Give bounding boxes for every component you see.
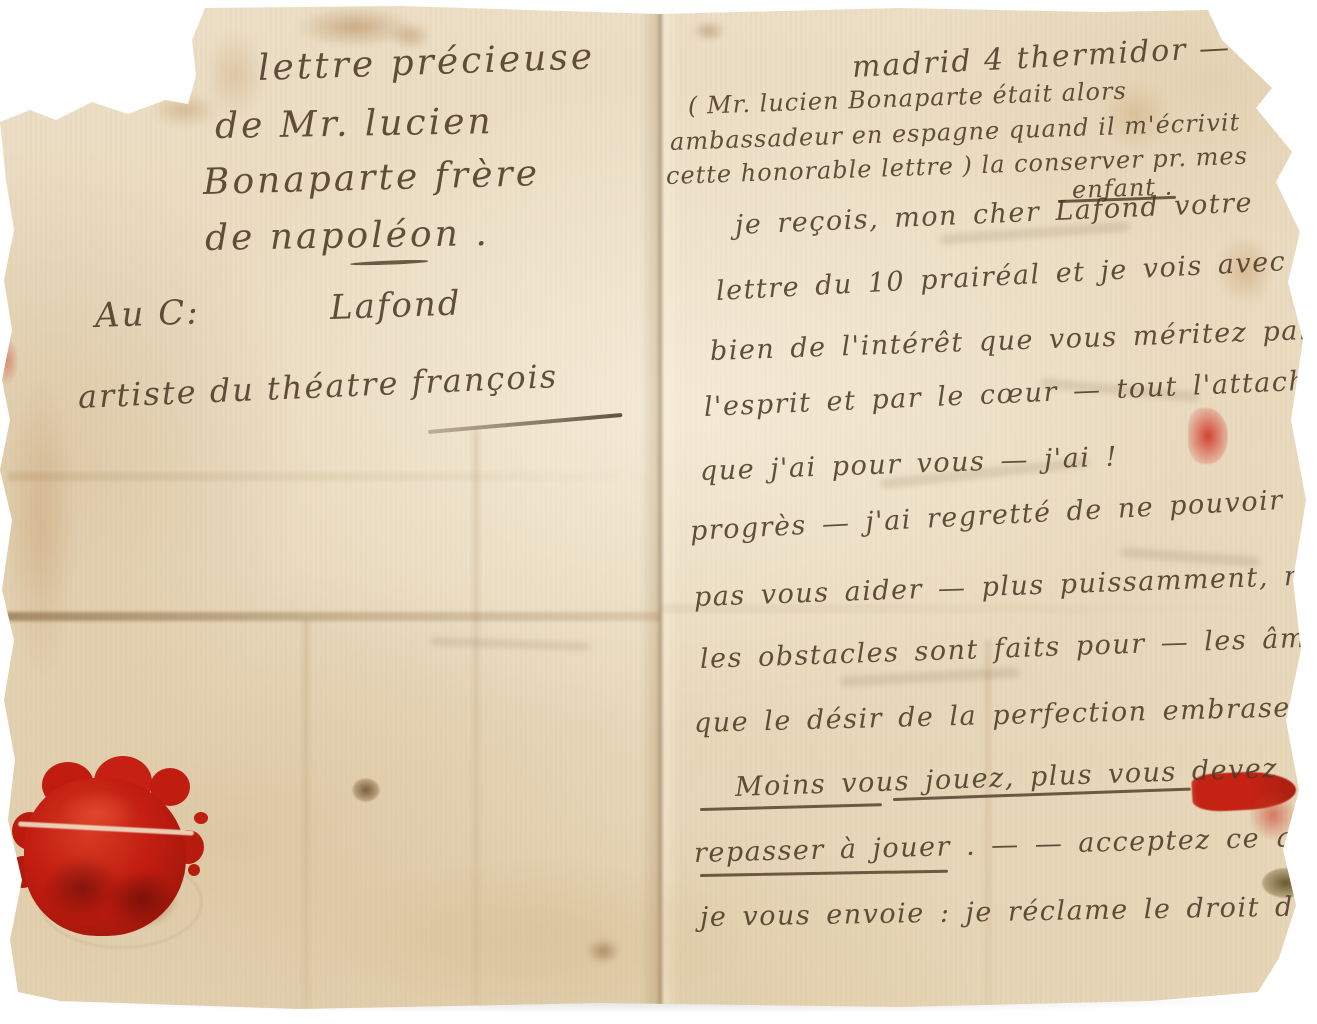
dateline: madrid 4 thermidor — [851,30,1232,85]
address-name: Lafond [329,283,462,328]
stain [330,860,750,1010]
wax-remnant [1188,408,1228,464]
address-line-2: artiste du théatre françois [77,357,559,416]
note-title-line-1: lettre précieuse [257,36,595,89]
underline-flourish [350,259,428,265]
letter-paper: lettre précieuse de Mr. lucien Bonaparte… [0,0,1317,1024]
wax-remnant [0,338,18,384]
horizontal-crease [0,612,660,621]
note-title-line-2: de Mr. lucien [215,101,494,147]
ink-showthrough [430,637,590,651]
center-fold-crease [640,8,680,1006]
body-line-11: repasser à jouer . — — acceptez ce que [694,821,1317,869]
body-line-6: progrès — j'ai regretté de ne pouvoir [689,485,1284,547]
ink-showthrough [840,667,1020,686]
body-line-12: je vous envoie : je réclame le droit de [700,891,1312,933]
address-recipient: Au C: [94,292,200,336]
vertical-crease [303,620,309,1010]
body-line-4: l'esprit et par le cœur — tout l'attache… [703,362,1317,423]
note-title-line-4: de napoléon . [205,213,490,259]
body-line-9: que le désir de la perfection embrase . … [694,691,1317,739]
vertical-crease [985,640,991,1005]
stain [352,778,380,802]
underline-flourish [428,413,623,433]
body-line-3: bien de l'intérêt que vous méritez par [709,315,1313,367]
scanned-letter: lettre précieuse de Mr. lucien Bonaparte… [0,0,1317,1024]
stain [6,380,76,680]
wax-seal [12,760,212,946]
wax-droplet [194,812,208,824]
horizontal-crease [8,472,658,481]
note-title-line-3: Bonaparte frère [202,153,540,203]
stain [692,20,726,42]
underline-flourish [700,803,882,810]
body-line-2: lettre du 10 prairéal et je vois avec [715,246,1287,307]
wax-droplet [188,864,200,876]
wax-shading [104,870,178,928]
underline-flourish [700,870,948,877]
